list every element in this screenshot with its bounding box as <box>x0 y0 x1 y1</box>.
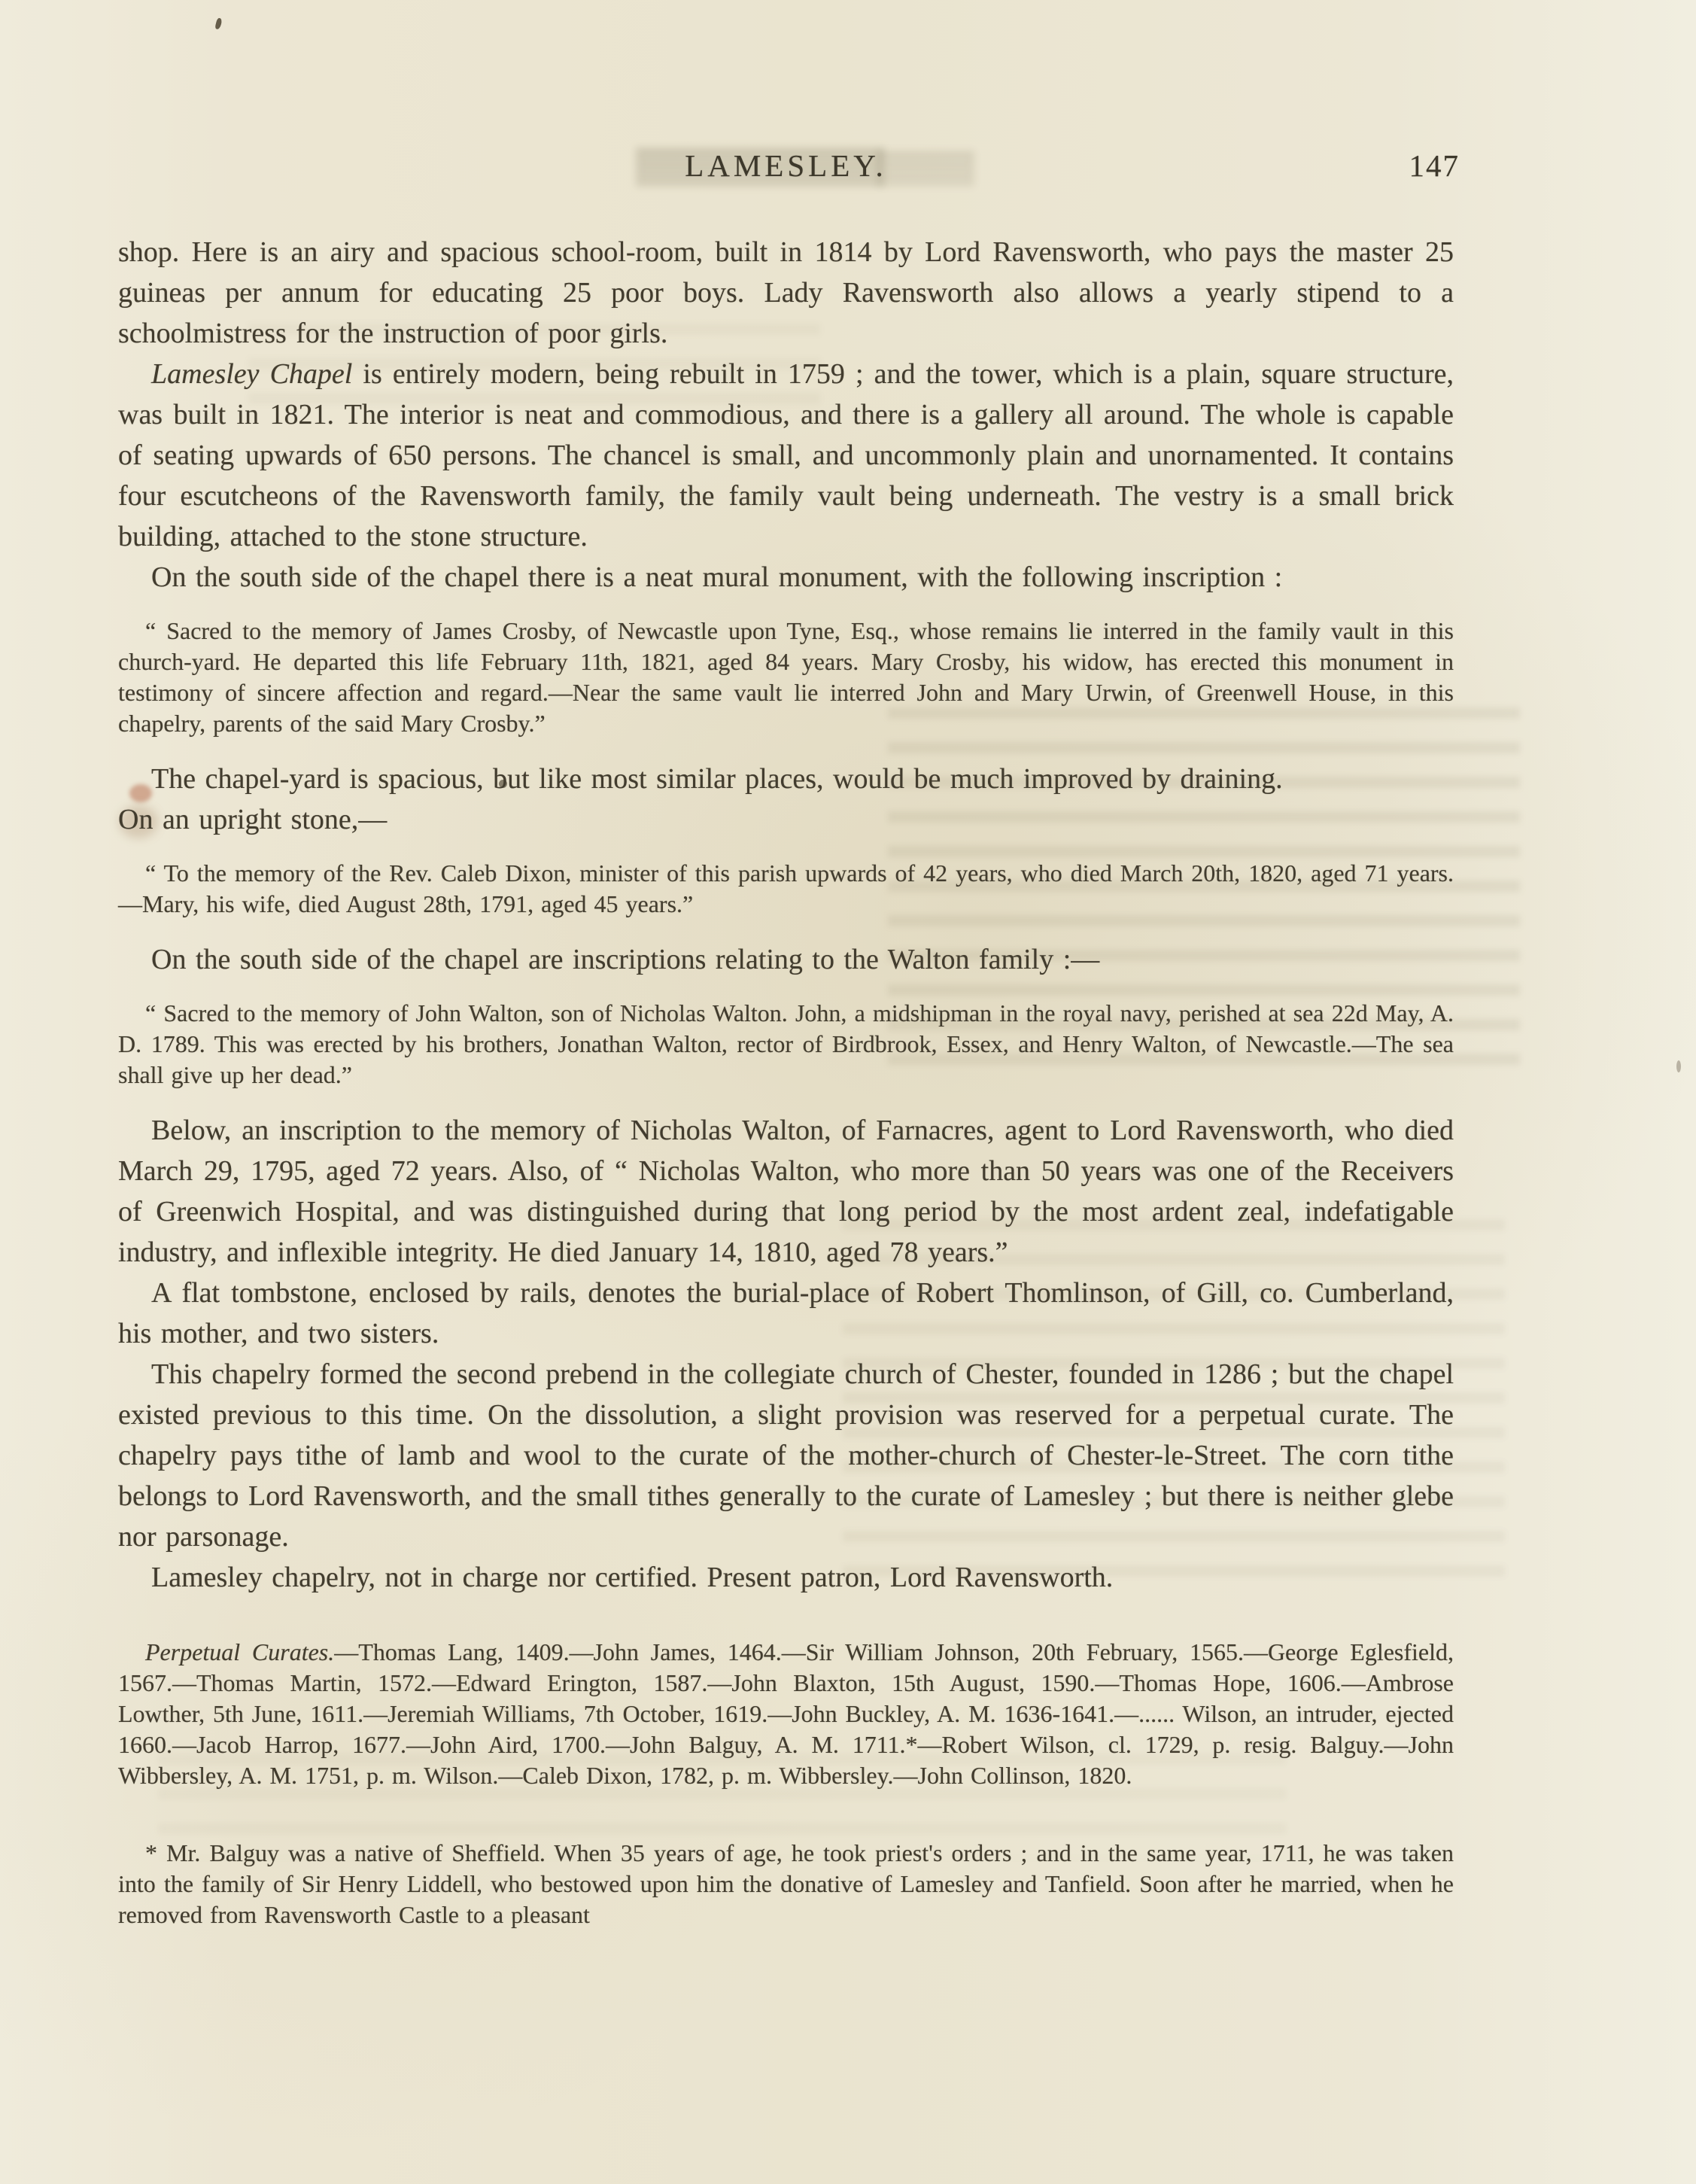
page-number: 147 <box>1409 148 1460 184</box>
paragraph-chapelry-prebend: This chapelry formed the second prebend … <box>118 1354 1454 1557</box>
paragraph-mural-monument: On the south side of the chapel there is… <box>118 557 1454 598</box>
running-head-title: LAMESLEY. <box>118 148 1454 184</box>
inscription-walton-text: “ Sacred to the memory of John Walton, s… <box>118 998 1454 1090</box>
paragraph-chapel-yard-line1: The chapel-yard is spacious, but like mo… <box>151 763 1283 795</box>
paragraph-chapel-yard: The chapel-yard is spacious, but like mo… <box>118 759 1454 840</box>
italic-lead-perpetual-curates: Perpetual Curates. <box>145 1638 334 1665</box>
footnote-balguy: * Mr. Balguy was a native of Sheffield. … <box>118 1838 1454 1930</box>
inscription-dixon: “ To the memory of the Rev. Caleb Dixon,… <box>118 858 1454 920</box>
inscription-walton: “ Sacred to the memory of John Walton, s… <box>118 998 1454 1090</box>
footnote-balguy-text: * Mr. Balguy was a native of Sheffield. … <box>118 1838 1454 1930</box>
scanned-book-page: LAMESLEY. 147 shop. Here is an airy and … <box>0 0 1696 2184</box>
running-head: LAMESLEY. 147 <box>118 148 1454 190</box>
paragraph-lamesley-chapel: Lamesley Chapel is entirely modern, bein… <box>118 354 1454 557</box>
inscription-crosby-text: “ Sacred to the memory of James Crosby, … <box>118 616 1454 739</box>
inscription-crosby: “ Sacred to the memory of James Crosby, … <box>118 616 1454 739</box>
inscription-dixon-text: “ To the memory of the Rev. Caleb Dixon,… <box>118 858 1454 920</box>
paragraph-walton-intro: On the south side of the chapel are insc… <box>118 939 1454 980</box>
paragraph-school-room: shop. Here is an airy and spacious schoo… <box>118 232 1454 354</box>
paragraph-nicholas-walton: Below, an inscription to the memory of N… <box>118 1110 1454 1273</box>
italic-lead-lamesley-chapel: Lamesley Chapel <box>151 358 352 390</box>
perpetual-curates-list: Perpetual Curates.—Thomas Lang, 1409.—Jo… <box>118 1637 1454 1791</box>
page-content: LAMESLEY. 147 shop. Here is an airy and … <box>0 0 1696 1930</box>
paragraph-present-patron: Lamesley chapelry, not in charge nor cer… <box>118 1557 1454 1598</box>
paragraph-chapel-yard-line2: On an upright stone,— <box>118 804 387 835</box>
paragraph-flat-tombstone: A flat tombstone, enclosed by rails, den… <box>118 1273 1454 1354</box>
perpetual-curates-text: Perpetual Curates.—Thomas Lang, 1409.—Jo… <box>118 1637 1454 1791</box>
